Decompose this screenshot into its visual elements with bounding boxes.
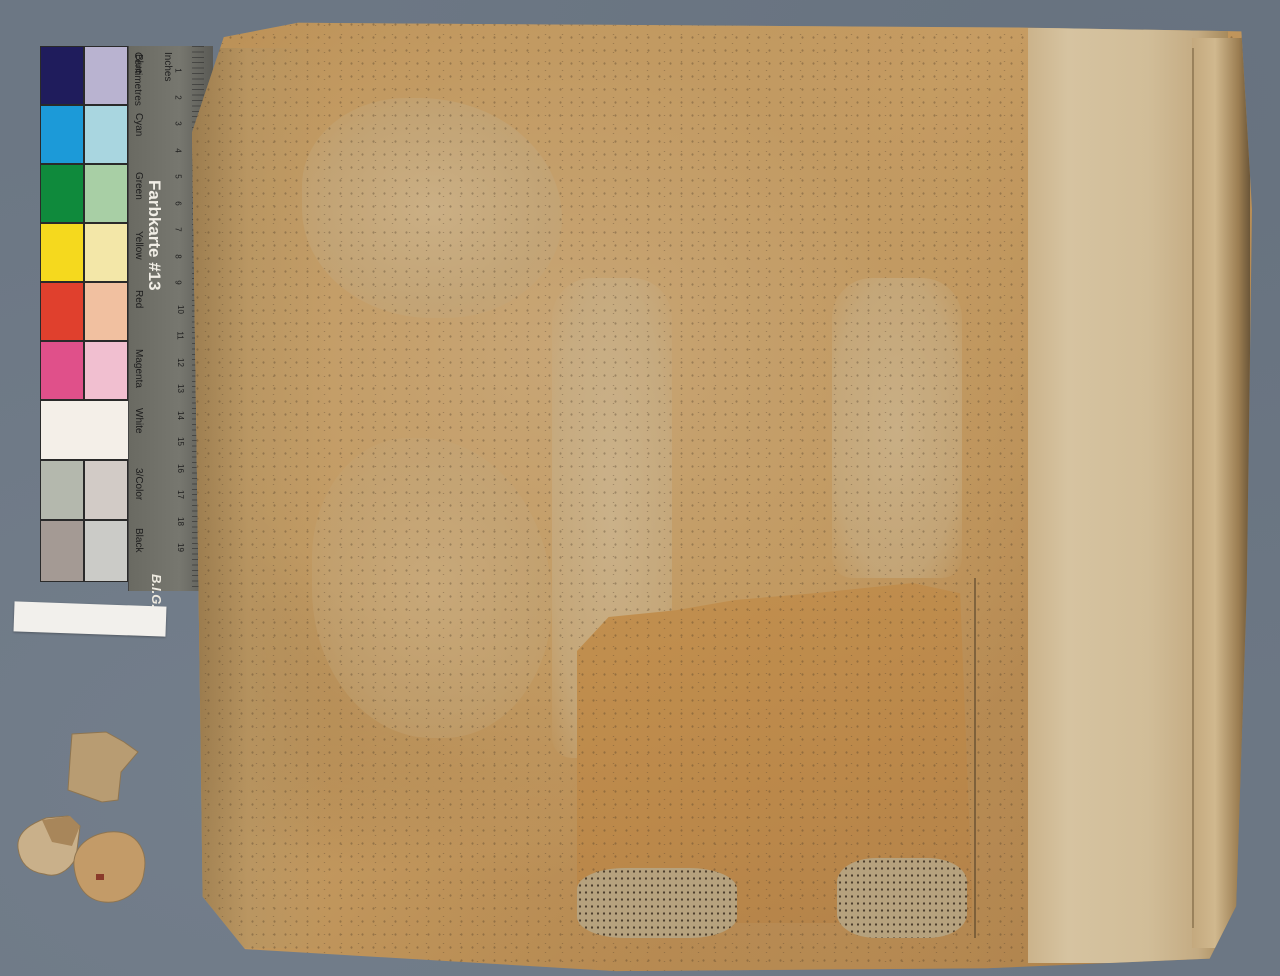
swatch-label: White [133,408,144,434]
card-title: Farbkarte #13 [144,180,164,291]
swatch-label: Magenta [133,349,144,388]
paper-fragment-3 [66,826,156,906]
swatch-yellow-dark [40,223,84,282]
paper-remnant [837,858,967,938]
color-calibration-card: Centimetres Inches 123456789101112131415… [40,46,202,591]
swatch-blue-light [84,46,128,105]
ruler-cm-number: 3 [174,121,183,125]
board-edge-line [974,578,976,938]
ruler-cm-number: 12 [176,358,185,367]
swatch-magenta-light [84,341,128,400]
swatch-red-light [84,282,128,341]
paper-fragment-1 [66,730,146,810]
swatch-label: Yellow [133,231,144,260]
ruler-cm-number: 13 [176,384,185,393]
card-brand: B.I.G. [149,574,164,608]
swatch-label: Blue [133,54,144,74]
spine-fold-line [1192,48,1194,928]
swatch-black-light [84,520,128,582]
swatch-cyan-dark [40,105,84,164]
ruler-cm-number: 7 [174,227,183,231]
ruler-cm-number: 19 [176,543,185,552]
swatch-red-dark [40,282,84,341]
book-cover [192,18,1252,973]
swatch-3-color-light [84,460,128,520]
ruler-cm-number: 6 [174,201,183,205]
swatch-black-dark [40,520,84,582]
swatch-magenta-dark [40,341,84,400]
swatch-green-dark [40,164,84,223]
ruler-cm-number: 16 [176,464,185,473]
ruler-cm-number: 10 [176,305,185,314]
swatch-green-light [84,164,128,223]
ruler-cm-number: 9 [174,280,183,284]
ruler-cm-number: 18 [176,517,185,526]
ruler-units-inches-label: Inches [162,52,173,81]
ruler-cm-number: 15 [176,437,185,446]
paper-remnant [577,868,737,938]
ruler-cm-number: 8 [174,254,183,258]
ruler-cm-number: 5 [174,174,183,178]
ruler-cm-number: 17 [176,490,185,499]
swatch-yellow-light [84,223,128,282]
swatch-cyan-light [84,105,128,164]
swatch-label: Red [133,290,144,308]
swatch-label: Black [133,528,144,552]
ruler-cm-number: 4 [174,148,183,152]
swatch-label: Green [133,172,144,200]
swatch-label: Cyan [133,113,144,136]
ruler-cm-number: 11 [176,331,185,339]
swatch-blue-dark [40,46,84,105]
ruler-cm-number: 14 [176,411,185,420]
book-spine [1192,38,1250,948]
ruler-cm-number: 2 [174,95,183,99]
swatch-3-color-dark [40,460,84,520]
ruler-cm-number: 1 [174,68,183,72]
white-reference-strip [14,601,167,636]
swatch-label: 3/Color [133,468,144,500]
